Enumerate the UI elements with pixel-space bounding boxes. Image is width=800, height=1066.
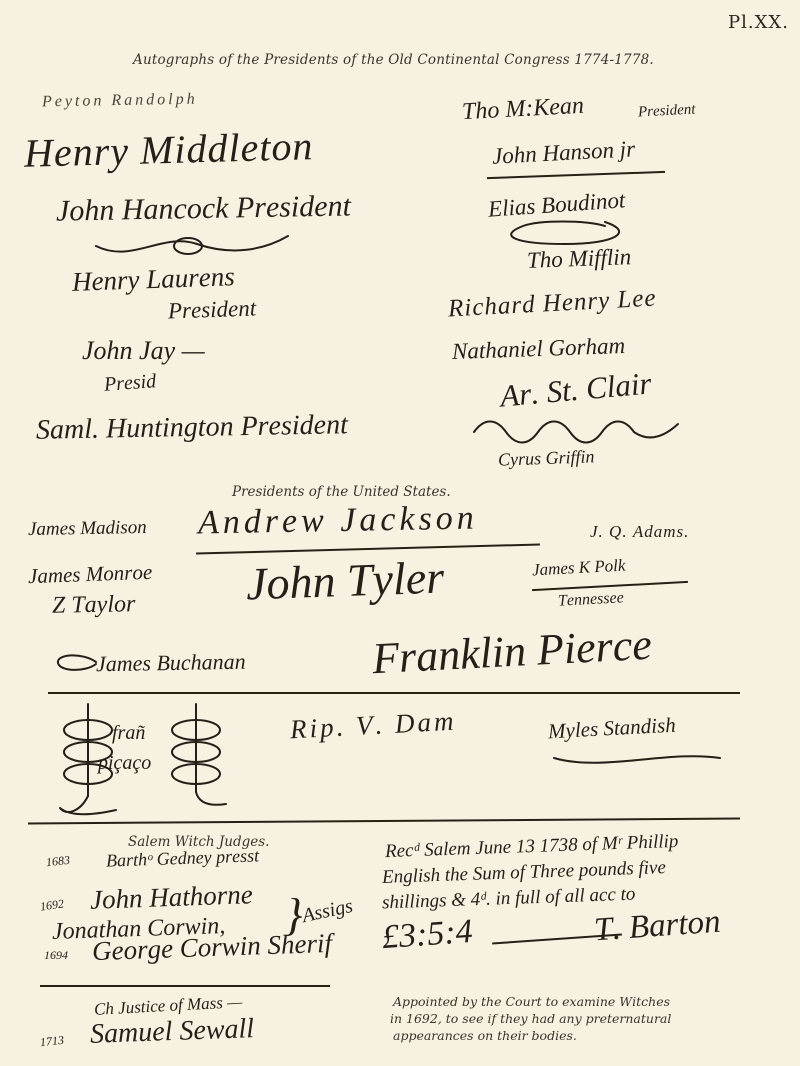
signature-henry-laurens: Henry Laurens (72, 261, 236, 298)
receipt-amount: £3:5:4 (381, 913, 474, 957)
receipt-text-line3: shillings & 4ᵈ. in full of all acc to (382, 884, 636, 915)
year-label-1692: 1692 (39, 896, 65, 914)
pizarro-rubric-coil-right (166, 700, 228, 818)
year-label-1694: 1694 (44, 948, 68, 963)
year-label-1713: 1713 (39, 1033, 64, 1050)
congress-section-title: Autographs of the Presidents of the Old … (133, 52, 654, 68)
signature-rip-van-dam: Rip. V. Dam (289, 706, 457, 746)
signature-thomas-mifflin: Tho Mifflin (527, 244, 632, 274)
signature-james-buchanan: James Buchanan (96, 649, 246, 678)
jay-presid-title: Presid (103, 370, 157, 397)
signature-thomas-mckean: Tho M:Kean (461, 93, 584, 126)
signature-james-madison: James Madison (28, 517, 147, 541)
signature-john-hanson: John Hanson jr (491, 136, 635, 169)
section-divider-line-2 (28, 818, 740, 825)
assists-label: Assigs (300, 895, 355, 928)
plate-number-label: Pl.XX. (728, 12, 789, 33)
signature-james-monroe: James Monroe (28, 560, 153, 589)
signature-john-tyler: John Tyler (245, 551, 445, 611)
signature-franklin-pierce: Franklin Pierce (371, 619, 653, 685)
signature-myles-standish: Myles Standish (547, 713, 676, 745)
signature-john-jay: John Jay — (82, 336, 205, 366)
signature-john-hancock: John Hancock President (56, 189, 351, 228)
signature-peyton-randolph: Peyton Randolph (42, 91, 198, 112)
receipt-note-line3: appearances on their bodies. (393, 1028, 577, 1043)
laurens-president-title: President (168, 295, 257, 324)
signature-arthur-st-clair: Ar. St. Clair (499, 365, 653, 414)
signature-nathaniel-gorham: Nathaniel Gorham (452, 333, 626, 365)
signature-bartholomew-gedney: Barthᵒ Gedney presst (106, 845, 260, 871)
stclair-loop-flourish (472, 414, 682, 444)
year-label-1683: 1683 (45, 853, 70, 870)
signature-zachary-taylor: Z Taylor (52, 591, 136, 619)
standish-underline-flourish (552, 748, 722, 770)
signature-james-k-polk: James K Polk (532, 556, 626, 581)
autograph-plate-page: Pl.XX. Autographs of the Presidents of t… (0, 0, 800, 1066)
hancock-paraph-flourish (92, 230, 292, 264)
section-divider-line (48, 692, 740, 694)
hanson-underline-flourish (487, 171, 665, 179)
signature-jq-adams: J. Q. Adams. (590, 522, 689, 542)
polk-tennessee-label: Tennessee (558, 589, 625, 610)
signature-t-barton: T. Barton (593, 904, 722, 950)
signature-samuel-huntington: Saml. Huntington President (36, 409, 348, 446)
signature-cyrus-griffin: Cyrus Griffin (498, 446, 595, 470)
receipt-note-line1: Appointed by the Court to examine Witche… (393, 994, 670, 1009)
signature-henry-middleton: Henry Middleton (23, 122, 314, 177)
signature-richard-henry-lee: Richard Henry Lee (447, 285, 657, 324)
buchanan-lead-flourish (52, 652, 98, 674)
signature-samuel-sewall: Samuel Sewall (89, 1013, 254, 1051)
signature-andrew-jackson: Andrew Jackson (198, 500, 478, 543)
signature-pizarro-line1: frañ (112, 722, 145, 745)
gcorwin-underline-flourish (40, 985, 330, 987)
mckean-president-title: President (638, 102, 696, 122)
us-presidents-section-title: Presidents of the United States. (232, 484, 451, 500)
signature-pizarro-line2: piçaço (98, 752, 151, 775)
receipt-note-line2: in 1692, to see if they had any preterna… (390, 1011, 671, 1026)
signature-john-hathorne: John Hathorne (90, 879, 254, 916)
